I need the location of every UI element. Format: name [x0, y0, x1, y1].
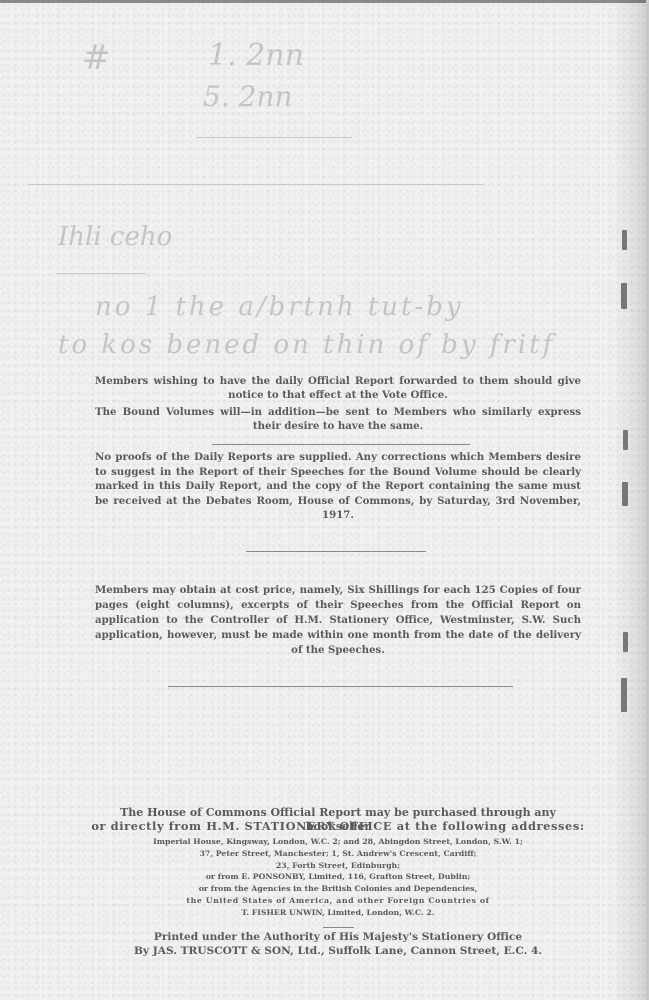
handwritten-note-line-1: no 1 the a/brtnh tut-by: [95, 292, 464, 322]
footer-address-line: the United States of America, and other …: [100, 895, 576, 906]
handwritten-note-line-2: to kos bened on thin of by fritf: [58, 330, 555, 360]
notice-proofs-corrections: No proofs of the Daily Reports are suppl…: [95, 450, 581, 523]
section-divider: [246, 551, 426, 552]
footer-divider: [323, 927, 354, 928]
document-page: # 1. 2nn 5. 2nn Ihli ceho no 1 the a/brt…: [0, 0, 649, 1000]
notice-bound-volumes: The Bound Volumes will—in addition—be se…: [95, 406, 581, 433]
footer-purchase-line-2: or directly from H.M. STATIONERY OFFICE …: [88, 820, 588, 834]
footer-address-line: 37, Peter Street, Manchester; 1, St. And…: [100, 848, 576, 859]
handwritten-line-2: 5. 2nn: [203, 80, 293, 113]
footer-address-line: 23, Forth Street, Edinburgh;: [100, 860, 576, 871]
staple-mark: [621, 678, 627, 712]
footer-address-line: T. FISHER UNWIN, Limited, London, W.C. 2…: [100, 907, 576, 918]
scan-top-border: [0, 0, 649, 3]
section-divider: [168, 686, 513, 687]
binding-gutter: [612, 0, 646, 1000]
footer-address-line: Imperial House, Kingsway, London, W.C. 2…: [100, 836, 576, 847]
handwritten-line-1: 1. 2nn: [208, 38, 304, 73]
printer-name-line: By JAS. TRUSCOTT & SON, Ltd., Suffolk La…: [88, 945, 588, 959]
notice-daily-report-forwarding: Members wishing to have the daily Offici…: [95, 375, 581, 402]
staple-mark: [623, 632, 628, 652]
staple-mark: [621, 283, 627, 309]
footer-address-line: or from E. PONSONBY, Limited, 116, Graft…: [100, 871, 576, 882]
handwritten-note-heading: Ihli ceho: [58, 222, 172, 252]
handwritten-underline: [196, 137, 352, 138]
handwritten-divider: [28, 184, 483, 185]
footer-address-line: or from the Agencies in the British Colo…: [100, 883, 576, 894]
handwritten-note-underline: [56, 273, 146, 274]
printer-authority-line: Printed under the Authority of His Majes…: [100, 931, 576, 945]
staple-mark: [622, 230, 627, 250]
section-divider: [212, 444, 470, 445]
staple-mark: [623, 430, 628, 450]
staple-mark: [622, 482, 628, 506]
notice-speech-excerpts: Members may obtain at cost price, namely…: [95, 583, 581, 658]
handwritten-mark: #: [82, 38, 111, 78]
